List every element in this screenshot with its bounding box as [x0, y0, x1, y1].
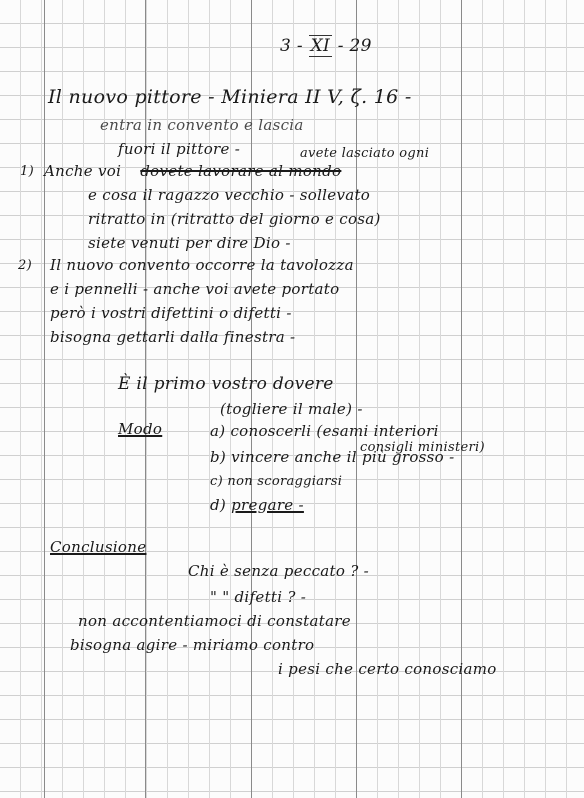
- conclusione-line-5: i pesi che certo conosciamo: [278, 660, 497, 678]
- conclusione-line-4: bisogna agire - miriamo contro: [70, 636, 314, 654]
- modo-item-b: b) vincere anche il più grosso -: [210, 448, 454, 466]
- point-1-insert: avete lasciato ogni: [300, 146, 429, 161]
- date-day: 3: [280, 36, 291, 56]
- point-2-line-4: bisogna gettarli dalla finestra -: [50, 328, 295, 346]
- squared-paper-page: 3 - XI - 29 Il nuovo pittore - Miniera I…: [0, 0, 584, 798]
- note-heading: Il nuovo pittore - Miniera II V, ζ. 16 -: [48, 86, 412, 108]
- point-1-line-2: e cosa il ragazzo vecchio - sollevato: [88, 186, 370, 204]
- duty-line-2: (togliere il male) -: [220, 400, 363, 418]
- modo-item-d: d) pregare -: [210, 496, 304, 514]
- modo-item-a: a) conoscerli (esami interiori: [210, 422, 439, 440]
- point-1-line-3: ritratto in (ritratto del giorno e cosa): [88, 210, 381, 228]
- date: 3 - XI - 29: [280, 36, 372, 56]
- conclusione-line-2: " " difetti ? -: [210, 588, 306, 606]
- modo-label: Modo: [118, 420, 162, 438]
- point-1-line-4: siete venuti per dire Dio -: [88, 234, 291, 252]
- date-month: XI: [309, 35, 332, 57]
- date-year: 29: [350, 36, 372, 56]
- conclusione-line-3: non accontentiamoci di constatare: [78, 612, 351, 630]
- point-1-line-1: Anche voi dovete lavorare al mondo: [44, 162, 341, 180]
- intro-line-2: fuori il pittore -: [118, 140, 240, 158]
- struck-text: dovete lavorare al mondo: [140, 162, 341, 180]
- duty-line-1: È il primo vostro dovere: [118, 374, 334, 394]
- intro-line-1: entra in convento e lascia: [100, 116, 304, 134]
- point-2-line-1: Il nuovo convento occorre la tavolozza: [50, 256, 354, 274]
- modo-item-c: c) non scoraggiarsi: [210, 474, 342, 489]
- conclusione-line-1: Chi è senza peccato ? -: [188, 562, 369, 580]
- point-2-line-2: e i pennelli - anche voi avete portato: [50, 280, 339, 298]
- conclusione-label: Conclusione: [50, 538, 146, 556]
- point-2-number: 2): [18, 258, 32, 273]
- point-1-number: 1): [20, 164, 34, 179]
- point-2-line-3: però i vostri difettini o difetti -: [50, 304, 292, 322]
